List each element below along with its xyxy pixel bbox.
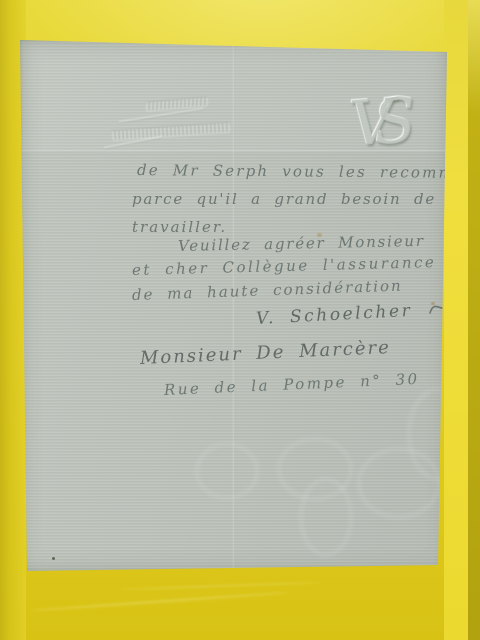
background-right-dark-strip [468, 0, 480, 640]
background-right-bright-strip [444, 0, 468, 640]
background-sheen-streak [120, 582, 320, 591]
background-sheen-streak [30, 591, 290, 612]
photo-stage: VS de Mr Serph vous les recommande parce… [0, 0, 480, 640]
letter-paper: VS de Mr Serph vous les recommande parce… [0, 0, 480, 640]
paper-edge-vignette [20, 40, 448, 572]
